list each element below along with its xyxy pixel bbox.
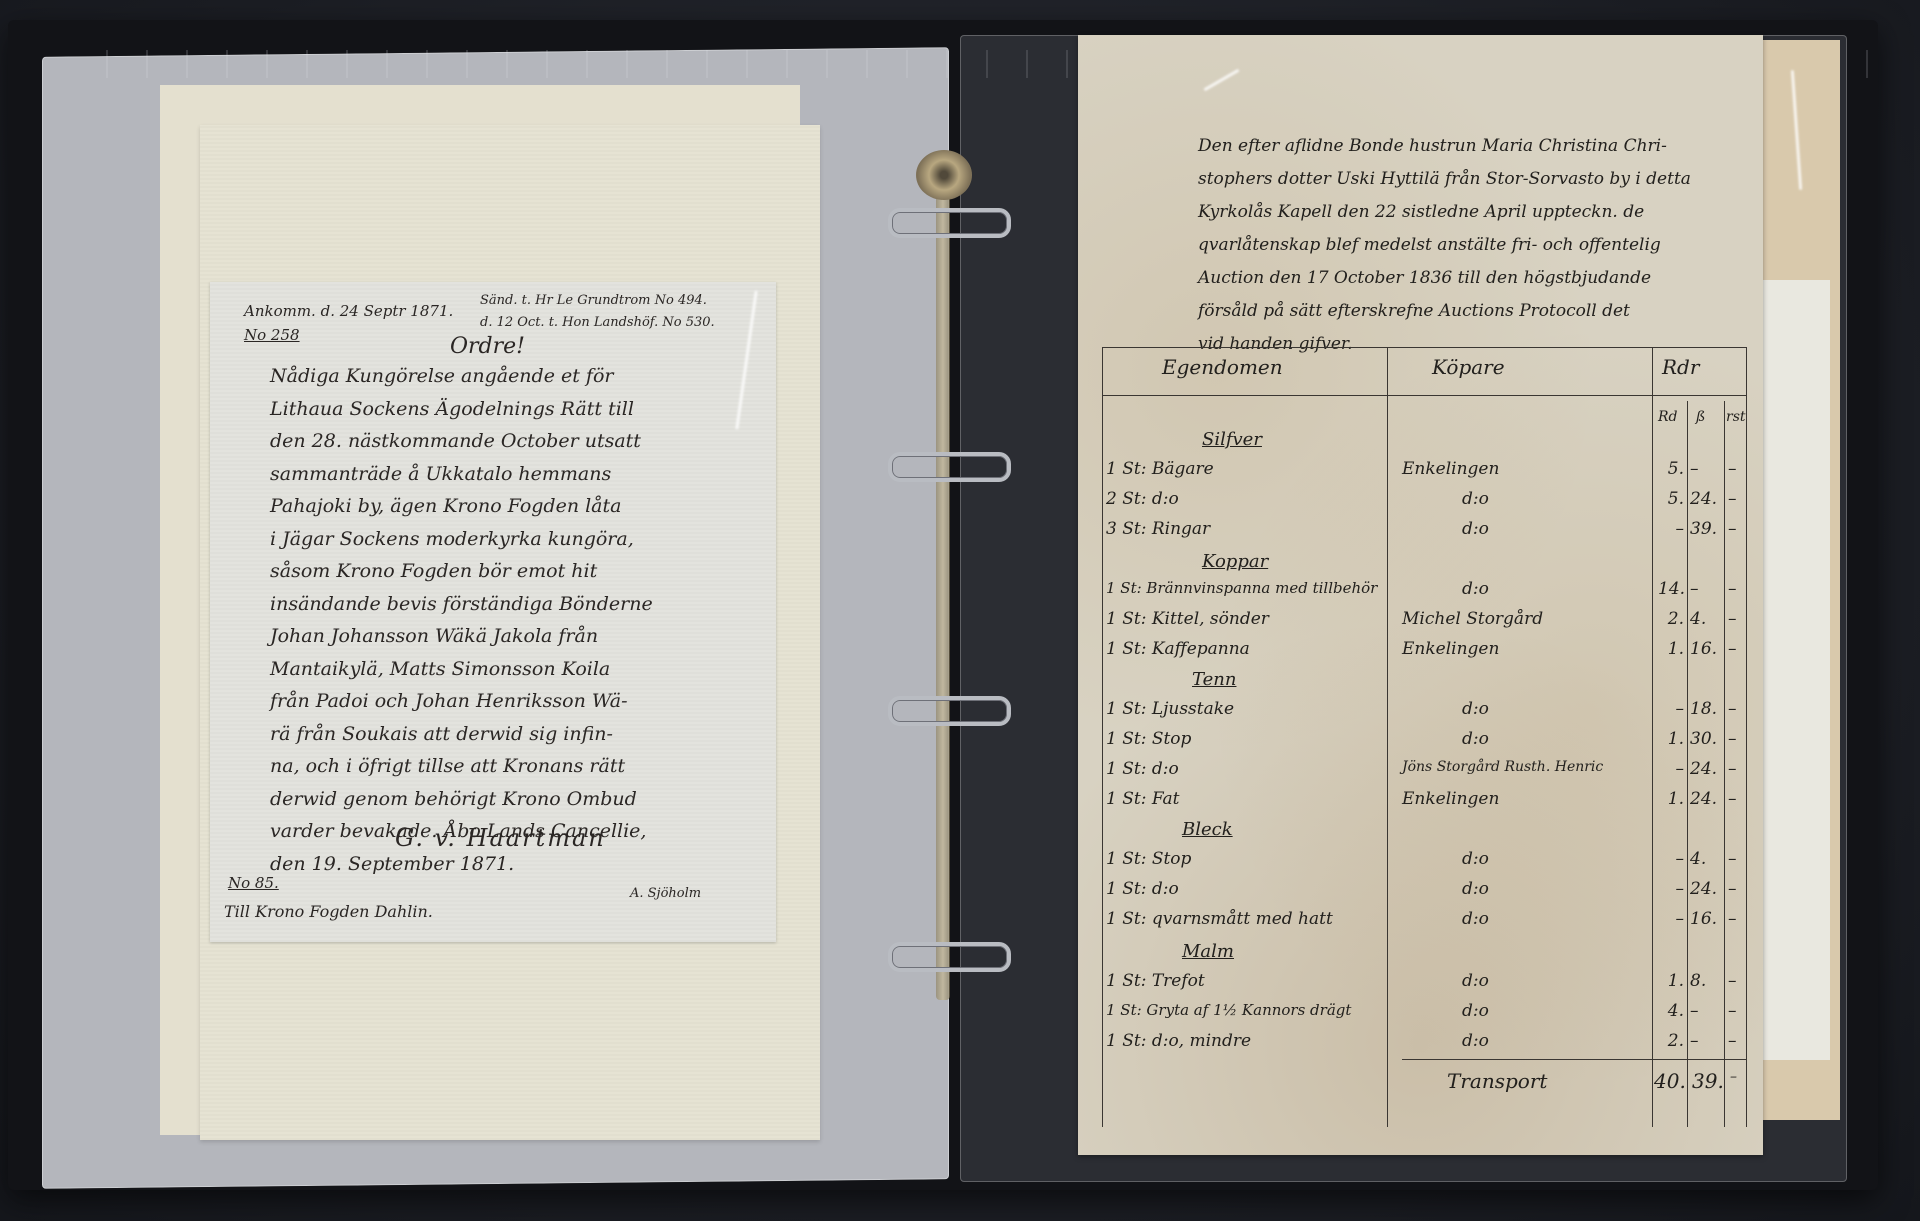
sk-cell: 24. (1690, 789, 1724, 809)
forwarding-notes: Sänd. t. Hr Le Grundtrom No 494. d. 12 O… (480, 290, 715, 334)
buyer-cell: d:o (1462, 1001, 1489, 1021)
rs-cell: – (1728, 489, 1744, 509)
item-cell: 1 St: Stop (1106, 849, 1191, 869)
table-row: 1 St: Kittel, sönder Michel Storgård 2. … (1102, 609, 1747, 639)
item-cell: 1 St: Kaffepanna (1106, 639, 1250, 659)
sk-cell: – (1690, 459, 1724, 479)
buyer-cell: Enkelingen (1402, 789, 1499, 809)
sk-cell: – (1690, 579, 1724, 599)
addressee: Till Krono Fogden Dahlin. (224, 902, 433, 921)
section-heading: Tenn (1192, 669, 1236, 690)
item-cell: 3 St: Ringar (1106, 519, 1210, 539)
rs-cell: – (1728, 609, 1744, 629)
buyer-cell: Michel Storgård (1402, 609, 1543, 629)
buyer-cell: d:o (1462, 849, 1489, 869)
buyer-cell: d:o (1462, 1031, 1489, 1051)
transport-rd: 40. (1654, 1069, 1686, 1093)
rd-cell: 5. (1658, 459, 1684, 479)
section-heading: Silfver (1202, 429, 1262, 450)
forwarding-note-1: Sänd. t. Hr Le Grundtrom No 494. (480, 290, 715, 312)
item-cell: 1 St: Stop (1106, 729, 1191, 749)
rd-cell: 4. (1658, 1001, 1684, 1021)
rd-cell: 2. (1658, 1031, 1684, 1051)
item-cell: 1 St: d:o (1106, 759, 1179, 779)
table-row: 1 St: Gryta af 1½ Kannors drägt d:o 4. –… (1102, 1001, 1747, 1031)
sk-cell: 39. (1690, 519, 1724, 539)
table-rule (1102, 347, 1747, 348)
buyer-cell: d:o (1462, 729, 1489, 749)
rs-cell: – (1728, 789, 1744, 809)
buyer-cell: d:o (1462, 971, 1489, 991)
buyer-cell: Enkelingen (1402, 639, 1499, 659)
table-row: 1 St: d:o, mindre d:o 2. – – (1102, 1031, 1747, 1061)
transport-sk: 39. (1692, 1069, 1724, 1093)
table-row: 1 St: Ljusstake d:o – 18. – (1102, 699, 1747, 729)
registry-number: No 258 (244, 326, 300, 344)
sk-cell: 16. (1690, 639, 1724, 659)
rd-cell: 2. (1658, 609, 1684, 629)
buyer-cell: d:o (1462, 519, 1489, 539)
section-heading: Malm (1182, 941, 1234, 962)
rs-cell: – (1728, 849, 1744, 869)
rs-cell: – (1728, 1031, 1744, 1051)
rs-cell: – (1728, 879, 1744, 899)
rs-cell: – (1728, 1001, 1744, 1021)
left-document-letter: Ankomm. d. 24 Septr 1871. No 258 Sänd. t… (210, 282, 776, 942)
rs-cell: – (1728, 459, 1744, 479)
table-row: 1 St: Kaffepanna Enkelingen 1. 16. – (1102, 639, 1747, 669)
rs-cell: – (1728, 909, 1744, 929)
transport-rs: – (1730, 1069, 1737, 1085)
ring-spine-bar (936, 180, 950, 1000)
intro-line: stophers dotter Uski Hyttilä från Stor-S… (1198, 163, 1738, 196)
body-line: Pahajoki by, ägen Krono Fogden låta (270, 490, 750, 523)
sk-cell: – (1690, 1001, 1724, 1021)
right-document-auction-ledger: Den efter aflidne Bonde hustrun Maria Ch… (1078, 35, 1763, 1155)
intro-line: Den efter aflidne Bonde hustrun Maria Ch… (1198, 130, 1738, 163)
rs-cell: – (1728, 759, 1744, 779)
signature: G. v. Haartman (395, 824, 606, 852)
section-heading: Bleck (1182, 819, 1233, 840)
rd-cell: – (1658, 909, 1684, 929)
column-header-buyer: Köpare (1432, 355, 1505, 379)
table-row: 1 St: Trefot d:o 1. 8. – (1102, 971, 1747, 1001)
total-rule (1402, 1059, 1747, 1060)
rd-cell: – (1658, 759, 1684, 779)
item-cell: 1 St: Brännvinspanna med tillbehör (1106, 579, 1377, 597)
buyer-cell: d:o (1462, 579, 1489, 599)
body-line: Lithaua Sockens Ägodelnings Rätt till (270, 393, 750, 426)
item-cell: 1 St: Bägare (1106, 459, 1214, 479)
buyer-cell: d:o (1462, 489, 1489, 509)
table-row: 1 St: d:o d:o – 24. – (1102, 879, 1747, 909)
body-line: den 19. September 1871. (270, 848, 750, 881)
rs-cell: – (1728, 729, 1744, 749)
body-line: såsom Krono Fogden bör emot hit (270, 555, 750, 588)
sk-cell: 4. (1690, 849, 1724, 869)
sk-cell: 16. (1690, 909, 1724, 929)
table-row: 1 St: qvarnsmått med hatt d:o – 16. – (1102, 909, 1747, 939)
body-line: insändande bevis förständiga Bönderne (270, 588, 750, 621)
column-header-property: Egendomen (1162, 355, 1283, 379)
letter-body: Nådiga Kungörelse angående et för Lithau… (270, 360, 750, 880)
body-line: i Jägar Sockens moderkyrka kungöra, (270, 523, 750, 556)
buyer-cell: Enkelingen (1402, 459, 1499, 479)
sk-cell: 24. (1690, 879, 1724, 899)
rs-cell: – (1728, 639, 1744, 659)
intro-line: försåld på sätt efterskrefne Auctions Pr… (1198, 295, 1738, 328)
section-heading: Koppar (1202, 551, 1268, 572)
sk-cell: 24. (1690, 489, 1724, 509)
rd-cell: 5. (1658, 489, 1684, 509)
rd-cell: – (1658, 849, 1684, 869)
table-row: 1 St: Fat Enkelingen 1. 24. – (1102, 789, 1747, 819)
item-cell: 1 St: Ljusstake (1106, 699, 1234, 719)
buyer-cell: d:o (1462, 879, 1489, 899)
ledger-intro: Den efter aflidne Bonde hustrun Maria Ch… (1198, 130, 1738, 361)
table-row: 2 St: d:o d:o 5. 24. – (1102, 489, 1747, 519)
table-row: 1 St: Brännvinspanna med tillbehör d:o 1… (1102, 579, 1747, 609)
subheader-runstycken: rst (1726, 409, 1746, 425)
table-row: 1 St: d:o Jöns Storgård Rusth. Henric – … (1102, 759, 1747, 789)
sk-cell: 8. (1690, 971, 1724, 991)
intro-line: Kyrkolås Kapell den 22 sistledne April u… (1198, 196, 1738, 229)
forwarding-note-2: d. 12 Oct. t. Hon Landshöf. No 530. (480, 312, 715, 334)
buyer-cell: Jöns Storgård Rusth. Henric (1402, 759, 1603, 775)
body-line: sammanträde å Ukkatalo hemmans (270, 458, 750, 491)
body-line: Nådiga Kungörelse angående et för (270, 360, 750, 393)
item-cell: 1 St: qvarnsmått med hatt (1106, 909, 1333, 929)
binder-ring-mechanism (880, 150, 1010, 970)
binder-ring-3 (888, 696, 1011, 726)
countersignature: A. Sjöholm (630, 886, 701, 901)
binder-ring-4 (888, 942, 1011, 972)
body-line: na, och i öfrigt tillse att Kronans rätt (270, 750, 750, 783)
transport-label: Transport (1447, 1069, 1547, 1093)
rd-cell: – (1658, 519, 1684, 539)
body-line: från Padoi och Johan Henriksson Wä- (270, 685, 750, 718)
item-cell: 1 St: d:o (1106, 879, 1179, 899)
body-line: den 28. nästkommande October utsatt (270, 425, 750, 458)
binder-ring-1 (888, 208, 1011, 238)
intro-line: qvarlåtenskap blef medelst anstälte fri-… (1198, 229, 1738, 262)
table-row: 3 St: Ringar d:o – 39. – (1102, 519, 1747, 549)
salutation: Ordre! (450, 334, 525, 359)
buyer-cell: d:o (1462, 909, 1489, 929)
intro-line: Auction den 17 October 1836 till den hög… (1198, 262, 1738, 295)
rd-cell: 1. (1658, 971, 1684, 991)
item-cell: 1 St: Fat (1106, 789, 1179, 809)
sk-cell: 24. (1690, 759, 1724, 779)
body-line: derwid genom behörigt Krono Ombud (270, 783, 750, 816)
table-row: 1 St: Stop d:o – 4. – (1102, 849, 1747, 879)
rs-cell: – (1728, 519, 1744, 539)
item-cell: 1 St: d:o, mindre (1106, 1031, 1251, 1051)
body-line: rä från Soukais att derwid sig infin- (270, 718, 750, 751)
rs-cell: – (1728, 699, 1744, 719)
item-cell: 1 St: Gryta af 1½ Kannors drägt (1106, 1001, 1351, 1019)
column-header-price: Rdr (1662, 355, 1699, 379)
ledger-table: Egendomen Köpare Rdr Rd ß rst Silfver 1 … (1102, 347, 1747, 1127)
table-row: 1 St: Stop d:o 1. 30. – (1102, 729, 1747, 759)
table-rule (1102, 395, 1747, 396)
item-cell: 2 St: d:o (1106, 489, 1179, 509)
subheader-skilling: ß (1696, 409, 1705, 425)
binder-ring-2 (888, 452, 1011, 482)
rd-cell: 1. (1658, 639, 1684, 659)
rd-cell: – (1658, 699, 1684, 719)
item-cell: 1 St: Trefot (1106, 971, 1205, 991)
sk-cell: 30. (1690, 729, 1724, 749)
rd-cell: 1. (1658, 729, 1684, 749)
sk-cell: – (1690, 1031, 1724, 1051)
reference-number: No 85. (228, 874, 279, 892)
sk-cell: 18. (1690, 699, 1724, 719)
body-line: Mantaikylä, Matts Simonsson Koila (270, 653, 750, 686)
rs-cell: – (1728, 971, 1744, 991)
rd-cell: – (1658, 879, 1684, 899)
sk-cell: 4. (1690, 609, 1724, 629)
received-date: Ankomm. d. 24 Septr 1871. (244, 302, 453, 320)
buyer-cell: d:o (1462, 699, 1489, 719)
item-cell: 1 St: Kittel, sönder (1106, 609, 1269, 629)
rd-cell: 1. (1658, 789, 1684, 809)
subheader-riksdaler: Rd (1658, 409, 1678, 425)
rd-cell: 14. (1658, 579, 1684, 599)
table-row: 1 St: Bägare Enkelingen 5. – – (1102, 459, 1747, 489)
rs-cell: – (1728, 579, 1744, 599)
ring-rivet (916, 150, 972, 200)
body-line: Johan Johansson Wäkä Jakola från (270, 620, 750, 653)
